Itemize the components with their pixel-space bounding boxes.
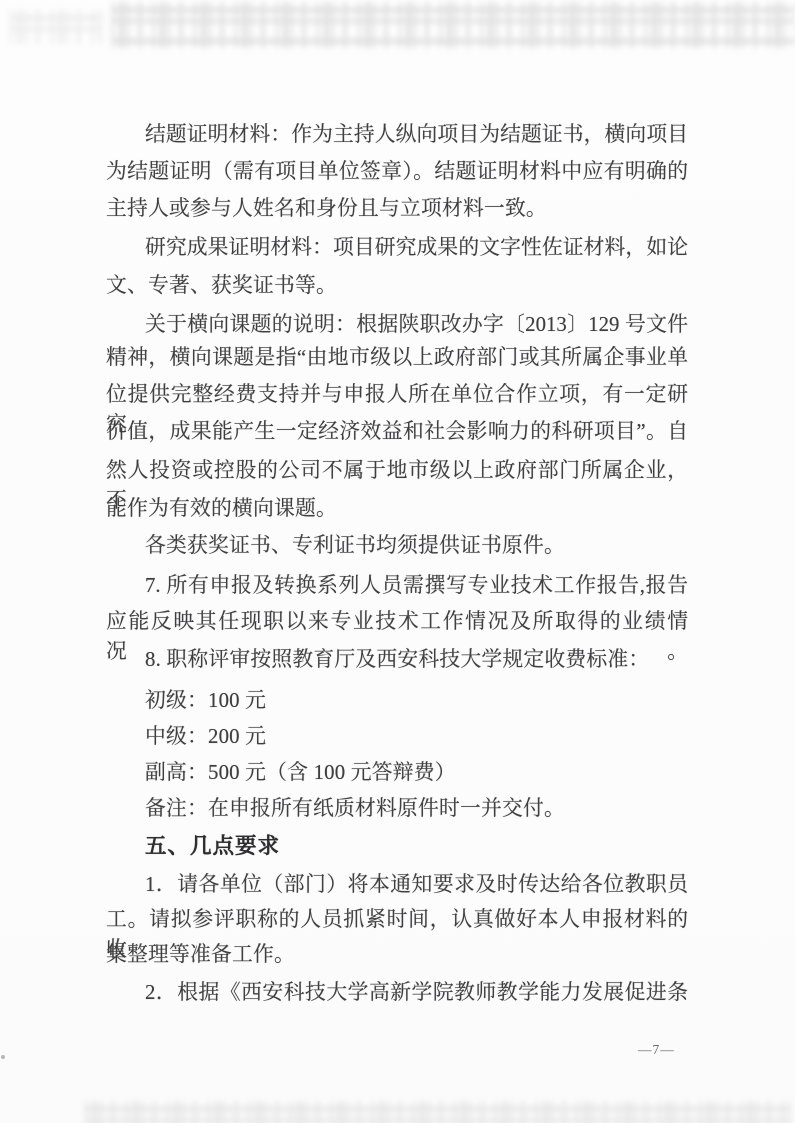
text-line: 精神，横向课题是指“由地市级以上政府部门或其所属企事业单 — [106, 343, 688, 373]
fee-note-line: 备注：在申报所有纸质材料原件时一并交付。 — [106, 794, 688, 824]
text-line: 能作为有效的横向课题。 — [106, 494, 688, 524]
scan-speck — [1, 1055, 5, 1059]
text-line: 结题证明材料：作为主持人纵向项目为结题证书，横向项目 — [106, 120, 688, 150]
document-page: 结题证明材料：作为主持人纵向项目为结题证书，横向项目 为结题证明（需有项目单位签… — [0, 0, 795, 1123]
text-line: 文、专著、获奖证书等。 — [106, 271, 688, 301]
text-line: 为结题证明（需有项目单位签章）。结题证明材料中应有明确的 — [106, 157, 688, 187]
scan-artifact-top-left — [10, 10, 102, 44]
text-line: 主持人或参与人姓名和身份且与立项材料一致。 — [106, 194, 688, 224]
fee-line-intermediate: 中级：200 元 — [106, 722, 688, 752]
text-line: 7. 所有申报及转换系列人员需撰写专业技术工作报告,报告 — [106, 571, 688, 601]
page-number: —7— — [638, 1042, 675, 1058]
text-line: 8. 职称评审按照教育厅及西安科技大学规定收费标准： — [106, 645, 688, 675]
section-heading: 五、几点要求 — [106, 831, 688, 861]
text-line: 各类获奖证书、专利证书均须提供证书原件。 — [106, 531, 688, 561]
text-line: 关于横向课题的说明：根据陕职改办字〔2013〕129 号文件 — [106, 310, 688, 340]
text-line: 集整理等准备工作。 — [106, 940, 688, 970]
text-line: 2．根据《西安科技大学高新学院教师教学能力发展促进条 — [106, 978, 688, 1008]
text-line: 价值，成果能产生一定经济效益和社会影响力的科研项目”。自 — [106, 417, 688, 447]
text-line: 研究成果证明材料：项目研究成果的文字性佐证材料，如论 — [106, 233, 688, 263]
scan-artifact-bottom — [85, 1101, 791, 1123]
text-line: 1．请各单位（部门）将本通知要求及时传达给各位教职员 — [106, 870, 688, 900]
fee-line-junior: 初级：100 元 — [106, 686, 688, 716]
fee-line-senior: 副高：500 元（含 100 元答辩费） — [106, 758, 688, 788]
scan-artifact-top — [112, 2, 795, 48]
